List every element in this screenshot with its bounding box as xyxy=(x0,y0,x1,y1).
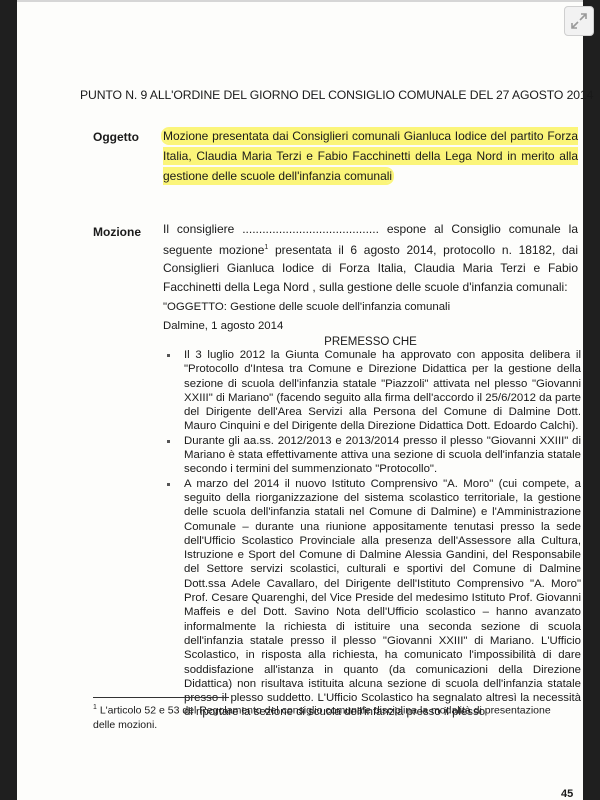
list-item: Il 3 luglio 2012 la Giunta Comunale ha a… xyxy=(163,348,581,434)
footnote-text: L'articolo 52 e 53 del Regolamento del c… xyxy=(93,705,551,731)
mozione-text: Il consigliere .........................… xyxy=(163,220,578,296)
agenda-heading: PUNTO N. 9 ALL'ORDINE DEL GIORNO DEL CON… xyxy=(80,88,580,102)
expand-button[interactable] xyxy=(564,6,594,36)
mozione-label: Mozione xyxy=(93,225,141,239)
footnote: 1 L'articolo 52 e 53 del Regolamento del… xyxy=(93,701,573,732)
viewer-right-border xyxy=(583,0,600,800)
page-number: 45 xyxy=(561,788,573,800)
quote-date: Dalmine, 1 agosto 2014 xyxy=(163,320,283,332)
oggetto-text: Mozione presentata dai Consiglieri comun… xyxy=(163,126,578,186)
premesso-list: Il 3 luglio 2012 la Giunta Comunale ha a… xyxy=(163,348,581,720)
oggetto-label: Oggetto xyxy=(93,130,139,144)
premesso-heading: PREMESSO CHE xyxy=(163,336,578,348)
viewer-left-border xyxy=(0,0,17,800)
expand-icon xyxy=(569,11,589,31)
document-page: PUNTO N. 9 ALL'ORDINE DEL GIORNO DEL CON… xyxy=(17,0,583,800)
list-item: A marzo del 2014 il nuovo Istituto Compr… xyxy=(163,477,581,720)
quote-subject: "OGGETTO: Gestione delle scuole dell'inf… xyxy=(163,301,450,313)
oggetto-highlighted-text: Mozione presentata dai Consiglieri comun… xyxy=(163,129,578,183)
footnote-divider xyxy=(93,697,229,698)
list-item: Durante gli aa.ss. 2012/2013 e 2013/2014… xyxy=(163,434,581,477)
